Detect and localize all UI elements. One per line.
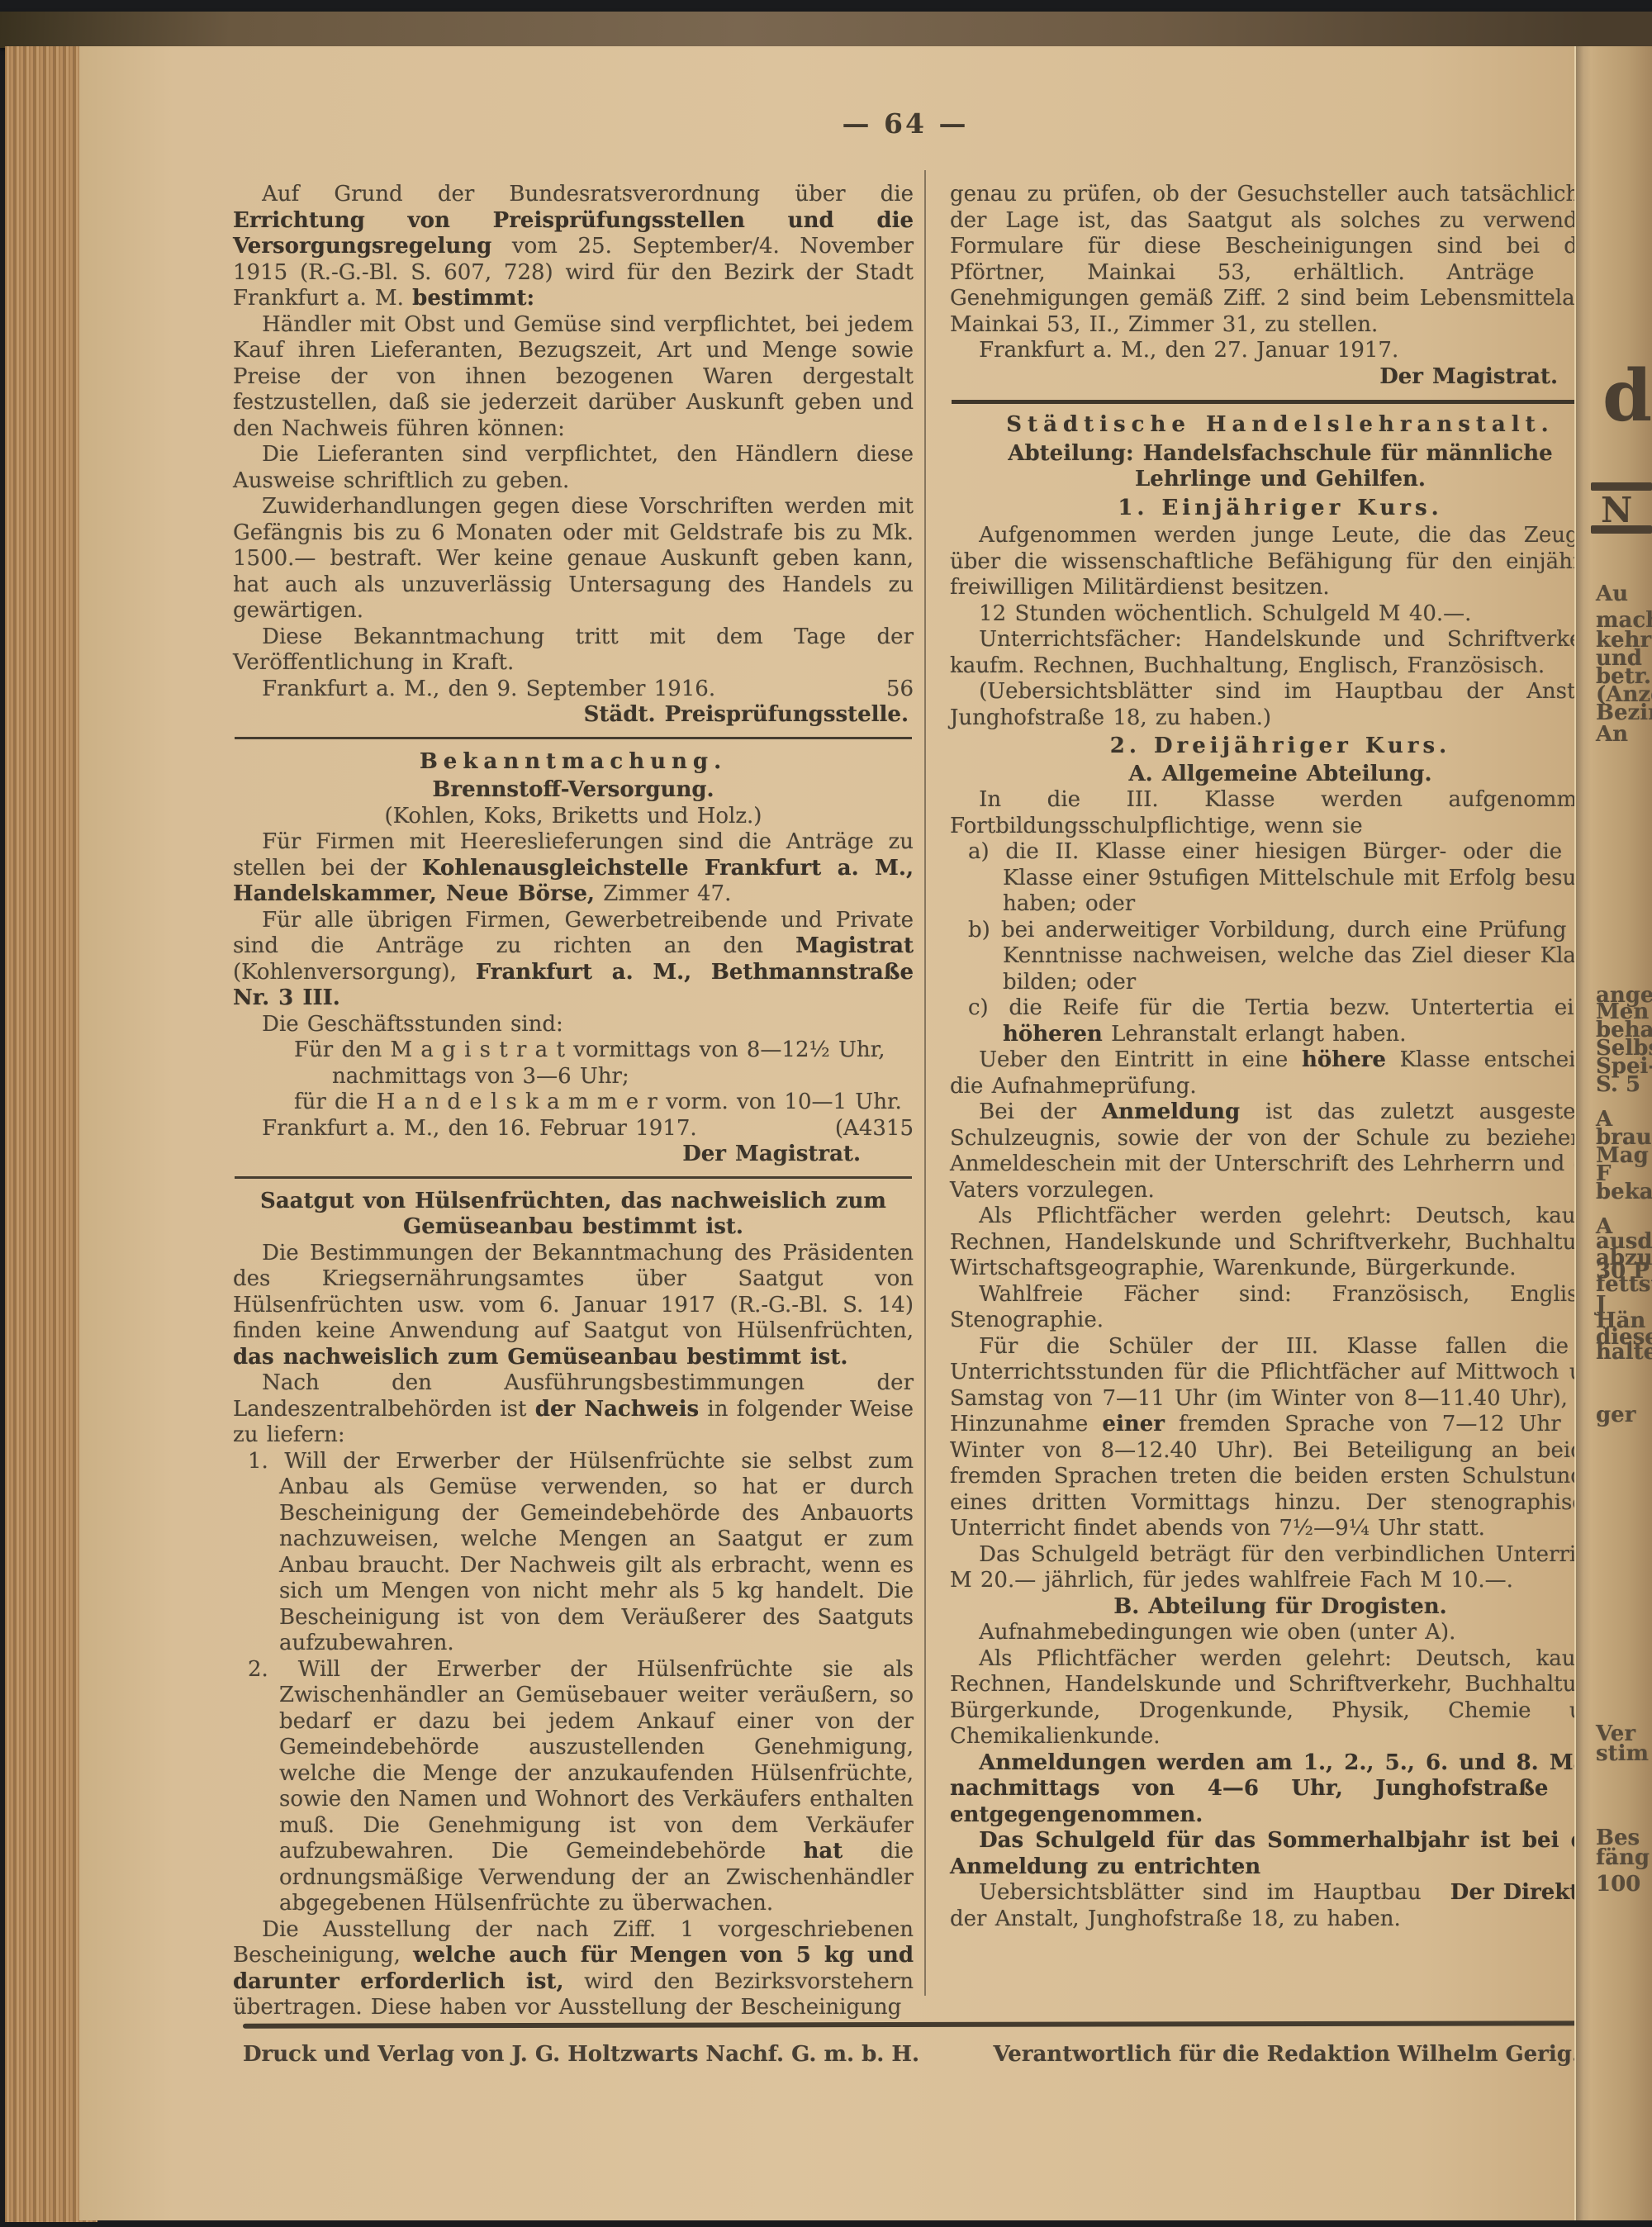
school-para: Das Schulgeld für das Sommerhalbjahr ist… <box>950 1828 1611 1880</box>
school-para: 12 Stunden wöchentlich. Schulgeld M 40.—… <box>950 601 1611 628</box>
gutter-text-fragment <box>1591 525 1652 534</box>
page-footer: Druck und Verlag von J. G. Holtzwarts Na… <box>243 2042 1579 2067</box>
gutter-text-fragment: fäng <box>1596 1847 1650 1868</box>
gutter-text-fragment: ger <box>1596 1404 1635 1426</box>
school-para: Das Schulgeld beträgt für den verbindlic… <box>950 1542 1611 1594</box>
article-preispruefung-para: Die Lieferanten sind verpflichtet, den H… <box>233 442 914 494</box>
school-para: Aufgenommen werden junge Leute, die das … <box>950 523 1611 601</box>
school-para: Für die Schüler der III. Klasse fallen d… <box>950 1334 1611 1542</box>
school-para: Als Pflichtfächer werden gelehrt: Deutsc… <box>950 1204 1611 1282</box>
divider-rule <box>952 400 1609 404</box>
article-heading: Städtische Handelslehranstalt. <box>950 412 1611 439</box>
school-para: Ueber den Eintritt in eine höhere Klasse… <box>950 1047 1611 1099</box>
article-brennstoff-para: Die Geschäftsstunden sind: <box>233 1012 914 1038</box>
school-para: Aufnahmebedingungen wie oben (unter A). <box>950 1620 1611 1646</box>
article-brennstoff-para: Für Firmen mit Heereslieferungen sind di… <box>233 829 914 908</box>
dateline: 56Frankfurt a. M., den 9. September 1916… <box>233 677 914 703</box>
responsible-editor-line: Verantwortlich für die Redaktion Wilhelm… <box>993 2042 1579 2067</box>
article-saatgut-continuation: genau zu prüfen, ob der Gesuchsteller au… <box>950 182 1611 338</box>
school-para: Der Direktor.Uebersichtsblätter sind im … <box>950 1880 1611 1932</box>
signature: Der Magistrat. <box>950 364 1611 391</box>
office-hours-line: nachmittags von 3—6 Uhr; <box>233 1064 914 1090</box>
column-divider <box>924 170 926 1996</box>
line-right-tag: 56 <box>857 677 914 703</box>
school-para: Unterrichtsfächer: Handelskunde und Schr… <box>950 627 1611 679</box>
section-subheading: B. Abteilung für Drogisten. <box>950 1594 1611 1621</box>
gutter-text-fragment: Bezir <box>1596 702 1652 724</box>
gutter-text-fragment: 100 <box>1596 1873 1640 1895</box>
divider-rule <box>235 1176 912 1179</box>
scanned-page: — 64 — Auf Grund der Bundesratsverordnun… <box>79 46 1652 2220</box>
school-para: Bei der Anmeldung ist das zuletzt ausges… <box>950 1099 1611 1204</box>
gutter-text-fragment: stim <box>1596 1743 1649 1764</box>
column-left: Auf Grund der Bundesratsverordnung über … <box>233 182 914 2021</box>
article-saatgut-para: Nach den Ausführungsbestimmungen der Lan… <box>233 1370 914 1449</box>
article-preispruefung-para: Händler mit Obst und Gemüse sind verpfli… <box>233 312 914 443</box>
office-hours-line: für die H a n d e l s k a m m e r vorm. … <box>233 1090 914 1116</box>
line-right-tag: (A4315 <box>806 1116 914 1142</box>
school-para: (Uebersichtsblätter sind im Hauptbau der… <box>950 679 1611 731</box>
book-board-edge <box>0 12 1652 48</box>
article-preispruefung-para: Diese Bekanntmachung tritt mit dem Tage … <box>233 624 914 677</box>
school-para: Anmeldungen werden am 1., 2., 5., 6. und… <box>950 1750 1611 1829</box>
article-heading: Bekanntmachung. <box>233 749 914 776</box>
article-heading: Saatgut von Hülsenfrüchten, das nachweis… <box>233 1189 914 1241</box>
dateline: 54Frankfurt a. M., den 27. Januar 1917. <box>950 338 1611 364</box>
gutter-text-fragment: N <box>1601 494 1632 527</box>
school-para: In die III. Klasse werden aufgenommen: F… <box>950 787 1611 839</box>
numbered-list-item: 2. Will der Erwerber der Hülsenfrüchte s… <box>233 1657 914 1917</box>
gutter-text-fragment: Au <box>1596 583 1628 605</box>
section-subheading: A. Allgemeine Abteilung. <box>950 762 1611 788</box>
article-subheading: (Kohlen, Koks, Briketts und Holz.) <box>233 804 914 830</box>
office-hours-line: Für den M a g i s t r a t vormittags von… <box>233 1038 914 1064</box>
gutter-text-fragment: beka <box>1596 1181 1652 1203</box>
article-saatgut-para: Die Bestimmungen der Bekanntmachung des … <box>233 1241 914 1371</box>
article-saatgut-para: Die Ausstellung der nach Ziff. 1 vorgesc… <box>233 1917 914 2021</box>
article-subheading: Abteilung: Handelsfachschule für männlic… <box>950 441 1611 493</box>
article-subheading: Brennstoff-Versorgung. <box>233 777 914 804</box>
numbered-list-item: 1. Will der Erwerber der Hülsenfrüchte s… <box>233 1449 914 1657</box>
book-gutter-next-page-edge: dNAumachkehrundbetr.(AnzeBezirAnangehMen… <box>1574 46 1652 2220</box>
school-para: Als Pflichtfächer werden gelehrt: Deutsc… <box>950 1646 1611 1750</box>
dateline: (A4315Frankfurt a. M., den 16. Februar 1… <box>233 1116 914 1142</box>
article-preispruefung-para: Zuwiderhandlungen gegen diese Vorschrift… <box>233 494 914 624</box>
lettered-list-item: b) bei anderweitiger Vorbildung, durch e… <box>950 918 1611 996</box>
gutter-text-fragment: S. 5 <box>1596 1074 1640 1095</box>
footer-rule <box>243 2020 1579 2028</box>
lettered-list-item: a) die II. Klasse einer hiesigen Bürger-… <box>950 839 1611 918</box>
article-brennstoff-para: Für alle übrigen Firmen, Gewerbetreibend… <box>233 908 914 1012</box>
school-para: Wahlfreie Fächer sind: Französisch, Engl… <box>950 1282 1611 1334</box>
gutter-text-fragment: d <box>1602 363 1652 430</box>
article-preispruefung-para: Auf Grund der Bundesratsverordnung über … <box>233 182 914 312</box>
column-right: genau zu prüfen, ob der Gesuchsteller au… <box>950 182 1611 1932</box>
signature: Städt. Preisprüfungsstelle. <box>233 702 914 729</box>
printer-imprint: Druck und Verlag von J. G. Holtzwarts Na… <box>243 2042 919 2067</box>
section-heading: 2. Dreijähriger Kurs. <box>950 734 1611 760</box>
gutter-text-fragment: An <box>1596 724 1628 745</box>
signature: Der Magistrat. <box>233 1142 914 1168</box>
scanned-book-photo: { "page": { "number": "64", "number_disp… <box>0 0 1652 2227</box>
gutter-text-fragment: halte <box>1596 1341 1652 1363</box>
page-number: — 64 — <box>781 107 1029 140</box>
section-heading: 1. Einjähriger Kurs. <box>950 496 1611 522</box>
divider-rule <box>235 737 912 739</box>
lettered-list-item: c) die Reife für die Tertia bezw. Untert… <box>950 995 1611 1047</box>
